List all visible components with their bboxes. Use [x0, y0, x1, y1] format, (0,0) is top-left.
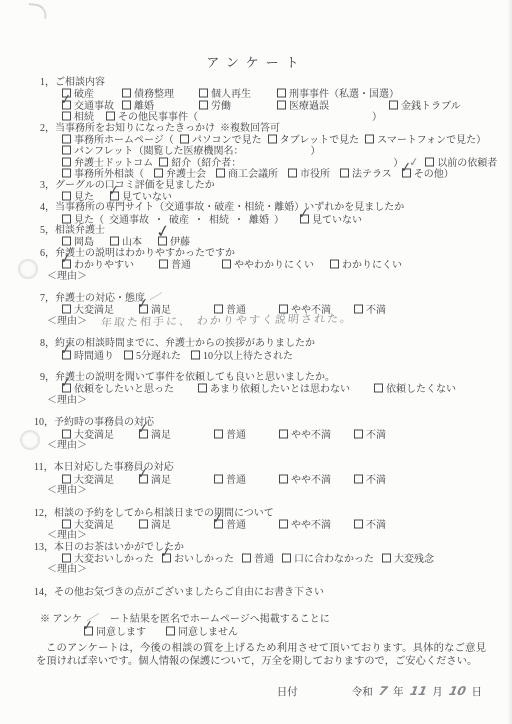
- checkbox-label: 破産: [74, 89, 94, 100]
- checkbox-option: スマートフォンで見た）: [365, 134, 486, 146]
- checkbox-option: 普通: [242, 553, 274, 565]
- handwritten-month: 11: [407, 684, 429, 698]
- checkbox-option: ややわかりにくい: [222, 259, 330, 271]
- static-text: 9，弁護士の説明を聞いて事件を依頼しても良いと思いましたか。: [40, 372, 335, 383]
- checkbox-icon: [282, 554, 291, 563]
- checkbox-icon: [382, 554, 391, 563]
- checkbox-icon: [354, 305, 363, 314]
- handwritten-slash-mark: ／: [149, 291, 152, 302]
- static-text: ＜理由＞: [47, 530, 87, 541]
- q1-options-row3: 相続その他民事事件（）: [0, 111, 512, 122]
- checkbox-icon: [62, 169, 71, 178]
- checkbox-label: 見た（ 交通事故 ・ 破産 ・ 相続 ・ 離婚 ）: [74, 215, 284, 226]
- form-lines: 1，ご相談内容破産債務整理個人再生刑事事件（私選・国選）交通事故✓離婚労働医療過…: [0, 77, 512, 637]
- handwritten-year: 7: [376, 684, 390, 698]
- checkbox-icon: [62, 134, 71, 143]
- checkbox-label: 法テラス: [352, 169, 392, 180]
- checkbox-option: 依頼をしたいと思った✓: [62, 383, 174, 395]
- checkbox-label: 弁護士会: [166, 169, 206, 180]
- checkbox-label: おいしかった: [174, 554, 234, 565]
- checkbox-label: 満足: [151, 520, 171, 531]
- checkbox-option: 満足✓: [139, 474, 214, 486]
- checkbox-option: 大変満足: [62, 519, 139, 531]
- static-text: 3，グーグルの口コミ評価を見ましたか: [40, 180, 215, 191]
- checkbox-label: 事務所外相談（: [74, 169, 144, 180]
- checkbox-option: 同意しません: [166, 626, 238, 638]
- checkbox-label: 債務整理: [134, 89, 174, 100]
- static-text: ）: [372, 112, 382, 123]
- q12-reason: ＜理由＞: [0, 530, 512, 541]
- question-14: 14，その他お気づきの点がございましたらご自由にお書き下さい: [0, 587, 512, 598]
- checkbox-icon: [425, 157, 434, 166]
- q2-options-row1: 事務所ホームページ（パソコンで見たタブレットで見たスマートフォンで見た）: [0, 134, 512, 145]
- checkbox-option: 岡島: [62, 236, 94, 248]
- checkbox-label: 金銭トラブル: [401, 101, 461, 112]
- checkbox-label: 見た: [74, 192, 94, 203]
- static-text: 2，当事務所をお知りになったきっかけ ※複数回答可: [40, 123, 280, 134]
- checkbox-icon: [268, 134, 277, 143]
- checkbox-option: 伊藤✓: [158, 236, 190, 248]
- checkbox-label: やや不満: [291, 475, 331, 486]
- static-text: ＜理由＞: [47, 564, 87, 575]
- static-text: ＜理由＞: [47, 395, 87, 406]
- q11-reason: ＜理由＞: [0, 485, 512, 496]
- checkbox-label: 普通: [226, 430, 246, 441]
- checkbox-label: あまり依頼したいとは思わない: [210, 384, 350, 395]
- q9-reason: ＜理由＞: [0, 395, 512, 406]
- checkmark-icon: ✓: [159, 545, 172, 560]
- checkbox-icon: [354, 474, 363, 483]
- q10-options: 大変満足満足✓普通やや不満不満: [0, 429, 512, 440]
- q1-options-row1: 破産債務整理個人再生刑事事件（私選・国選）: [0, 88, 512, 99]
- checkbox-option: あまり依頼したいとは思わない: [198, 383, 350, 395]
- checkbox-icon: [288, 169, 297, 178]
- checkbox-icon: [222, 260, 231, 269]
- static-text: 8，約束の相談時間までに、弁護士からの挨拶がありましたか: [40, 338, 315, 349]
- checkbox-icon: [159, 260, 168, 269]
- static-text: ＜理由＞: [47, 271, 87, 282]
- static-text: 12，相談の予約をしてから相談日までの期間について: [34, 508, 274, 519]
- question-10: 10，予約時の事務員の対応: [0, 417, 512, 428]
- checkbox-option: 相続: [62, 111, 94, 123]
- checkbox-icon: [374, 384, 383, 393]
- checkbox-icon: [180, 134, 189, 143]
- checkbox-option: 見た（ 交通事故 ・ 破産 ・ 相続 ・ 離婚 ）: [62, 214, 284, 226]
- checkbox-label: 10分以上待たされた: [203, 351, 293, 362]
- q11-options: 大変満足満足✓普通やや不満不満: [0, 474, 512, 485]
- publish-consent-note: ※ アンケ／ート結果を匿名でホームページへ掲載することに: [0, 614, 512, 625]
- checkbox-label: 大変おいしかった: [74, 554, 154, 565]
- static-text: ）: [311, 146, 321, 157]
- checkbox-option: 同意します✓: [84, 626, 146, 638]
- q12-options: 大変満足満足普通✓やや不満不満: [0, 519, 512, 530]
- handwritten-day: 10: [446, 684, 468, 698]
- checkbox-icon: [198, 384, 207, 393]
- checkbox-icon: [330, 260, 339, 269]
- checkbox-option: おいしかった✓: [162, 553, 234, 565]
- checkbox-icon: [214, 429, 223, 438]
- checkbox-label: 大変残念: [394, 554, 434, 565]
- checkbox-label: 事務所ホームページ（: [74, 135, 174, 146]
- q3-options: 見た見ていない✓: [0, 191, 512, 202]
- q4-options: 見た（ 交通事故 ・ 破産 ・ 相続 ・ 離婚 ）見ていない✓: [0, 214, 512, 225]
- checkbox-label: 相続: [74, 112, 94, 123]
- checkmark-icon: ✓: [211, 511, 224, 526]
- checkbox-icon: [154, 169, 163, 178]
- checkbox-option: 市役所: [288, 168, 330, 180]
- checkbox-label: 満足: [151, 475, 171, 486]
- checkbox-option: 大変満足: [62, 304, 139, 316]
- checkbox-option: 普通: [214, 474, 279, 486]
- checkbox-icon: [159, 157, 168, 166]
- month-label: 月: [432, 684, 443, 699]
- checkbox-option: 見た: [62, 191, 94, 203]
- checkbox-option: やや不満: [279, 429, 354, 441]
- question-5: 5，相談弁護士: [0, 225, 512, 236]
- checkbox-label: わかりにくい: [342, 260, 402, 271]
- static-text: ＜理由＞: [47, 440, 87, 451]
- checkbox-icon: [199, 100, 208, 109]
- checkbox-option: 不満: [354, 474, 512, 486]
- q2-options-row2: パンフレット（閲覧した医療機関名：）: [0, 145, 512, 156]
- checkbox-option: その他）✓: [402, 168, 454, 180]
- checkbox-label: ややわかりにくい: [234, 260, 314, 271]
- checkbox-option: 満足: [139, 519, 214, 531]
- checkbox-option: 労働: [199, 100, 277, 112]
- question-11: 11，本日対応した事務員の対応: [0, 462, 512, 473]
- checkbox-option: やや不満: [279, 519, 354, 531]
- question-4: 4，当事務所の専門サイト（交通事故・破産・相続・離婚）いずれかを見ましたか: [0, 202, 512, 213]
- checkbox-label: 弁護士ドットコム: [74, 158, 153, 169]
- static-text: ＜理由＞: [47, 316, 87, 327]
- checkbox-label: 大変満足: [74, 430, 114, 441]
- checkbox-icon: [124, 350, 133, 359]
- static-text: ※ アンケ: [40, 614, 82, 625]
- checkbox-icon: [62, 429, 71, 438]
- checkbox-label: 伊藤: [170, 237, 190, 248]
- checkbox-icon: [62, 157, 71, 166]
- checkbox-option: 大変満足: [62, 474, 139, 486]
- checkbox-option: 満足✓: [139, 429, 214, 441]
- q6-options: わかりやすい✓普通ややわかりにくいわかりにくい: [0, 259, 512, 270]
- checkbox-label: 時間通り: [74, 351, 114, 362]
- checkbox-label: やや不満: [291, 520, 331, 531]
- checkbox-option: 普通: [159, 259, 222, 271]
- q13-options: 大変おいしかったおいしかった✓普通口に合わなかった大変残念: [0, 553, 512, 564]
- footer-note: このアンケートは，今後の相談の質を上げるため利用させて頂いております。具体的なご…: [0, 643, 512, 668]
- checkbox-label: 市役所: [300, 169, 330, 180]
- checkbox-label: 同意しません: [178, 627, 238, 638]
- checkbox-label: 不満: [366, 475, 386, 486]
- checkbox-option: 法テラス: [340, 168, 392, 180]
- question-1: 1，ご相談内容: [0, 77, 512, 88]
- q1-options-row2: 交通事故✓離婚労働医療過誤金銭トラブル: [0, 100, 512, 111]
- checkbox-label: 大変満足: [74, 305, 114, 316]
- checkbox-label: 医療過誤: [289, 101, 329, 112]
- checkbox-label: 不満: [366, 305, 386, 316]
- checkbox-label: 労働: [211, 101, 231, 112]
- checkbox-label: 岡島: [74, 237, 94, 248]
- checkbox-label: その他）: [414, 169, 454, 180]
- checkbox-option: やや不満: [279, 474, 354, 486]
- q7-reason: ＜理由＞年取た相手に、 わかりやすく説明された。: [0, 316, 512, 327]
- checkbox-label: 普通: [226, 520, 246, 531]
- checkbox-icon: [166, 626, 175, 635]
- checkbox-label: 口に合わなかった: [294, 554, 374, 565]
- static-text: 4，当事務所の専門サイト（交通事故・破産・相続・離婚）いずれかを見ましたか: [40, 202, 404, 213]
- q2-options-row3: 弁護士ドットコム紹介（紹介者：）✓以前の依頼者: [0, 157, 512, 168]
- checkmark-icon: ✓: [81, 618, 94, 633]
- checkbox-option: 大変満足: [62, 429, 139, 441]
- question-2: 2，当事務所をお知りになったきっかけ ※複数回答可: [0, 123, 512, 134]
- checkbox-label: パンフレット（閲覧した医療機関名：: [74, 146, 244, 157]
- checkbox-icon: [365, 134, 374, 143]
- checkmark-icon: ✓: [136, 297, 149, 312]
- checkmark-icon: ✓: [136, 421, 149, 436]
- checkbox-option: 事務所外相談（: [62, 168, 144, 180]
- static-text: 11，本日対応した事務員の対応: [34, 462, 174, 473]
- era-label: 令和: [352, 684, 373, 699]
- checkbox-label: 依頼をしたいと思った: [74, 384, 174, 395]
- checkbox-option: 口に合わなかった: [282, 553, 374, 565]
- checkbox-icon: [214, 305, 223, 314]
- checkbox-option: 山本: [110, 236, 142, 248]
- checkmark-icon: ✓: [107, 183, 120, 198]
- checkbox-icon: [354, 519, 363, 528]
- checkbox-label: スマートフォンで見た）: [377, 135, 486, 146]
- checkbox-icon: [106, 112, 115, 121]
- question-6: 6，弁護士の説明はわかりやすかったですか: [0, 248, 512, 259]
- date-label: 日付: [277, 684, 298, 699]
- checkbox-option: 見ていない✓: [300, 214, 362, 226]
- checkmark-icon: ✓: [155, 224, 171, 240]
- question-13: 13，本日のお茶はいかがでしたか: [0, 542, 512, 553]
- checkbox-option: 見ていない✓: [110, 191, 172, 203]
- checkbox-icon: [279, 474, 288, 483]
- checkbox-icon: [354, 429, 363, 438]
- q13-reason: ＜理由＞: [0, 564, 512, 575]
- checkmark-icon: ✓: [59, 252, 72, 267]
- checkbox-icon: [279, 519, 288, 528]
- consent-options: 同意します✓同意しません: [0, 626, 512, 637]
- checkmark-icon: ✓: [59, 92, 72, 107]
- checkbox-label: 5分遅れた: [136, 351, 181, 362]
- checkbox-option: 5分遅れた: [124, 350, 181, 362]
- day-label: 日: [472, 684, 483, 699]
- checkbox-option: その他民事事件（: [106, 111, 198, 123]
- checkbox-option: 普通: [214, 429, 279, 441]
- checkbox-label: パソコンで見た: [192, 135, 262, 146]
- static-text: 14，その他お気づきの点がございましたらご自由にお書き下さい: [34, 587, 324, 598]
- checkbox-label: 不満: [366, 430, 386, 441]
- checkbox-icon: [216, 169, 225, 178]
- checkbox-icon: [277, 89, 286, 98]
- checkbox-label: 山本: [122, 237, 142, 248]
- checkbox-icon: [389, 100, 398, 109]
- question-12: 12，相談の予約をしてから相談日までの期間について: [0, 508, 512, 519]
- checkbox-icon: [62, 214, 71, 223]
- checkbox-icon: [62, 112, 71, 121]
- q8-options: 時間通り✓5分遅れた10分以上待たされた: [0, 350, 512, 361]
- checkbox-label: 刑事事件（私選・国選）: [289, 89, 399, 100]
- checkbox-label: 不満: [366, 520, 386, 531]
- checkbox-option: 不満: [354, 304, 512, 316]
- year-label: 年: [393, 684, 404, 699]
- question-8: 8，約束の相談時間までに、弁護士からの挨拶がありましたか: [0, 338, 512, 349]
- checkbox-label: 商工会議所: [228, 169, 278, 180]
- checkbox-icon: [340, 169, 349, 178]
- static-text: ＜理由＞: [47, 485, 87, 496]
- questionnaire-form: アンケート 1，ご相談内容破産債務整理個人再生刑事事件（私選・国選）交通事故✓離…: [0, 0, 512, 724]
- checkbox-label: わかりやすい: [74, 260, 134, 271]
- checkbox-option: 金銭トラブル: [389, 100, 512, 112]
- checkbox-label: 満足: [151, 430, 171, 441]
- checkbox-label: 紹介（紹介者：: [171, 158, 241, 169]
- questionnaire-page: アンケート 1，ご相談内容破産債務整理個人再生刑事事件（私選・国選）交通事故✓離…: [0, 0, 512, 724]
- checkbox-icon: [122, 89, 131, 98]
- checkbox-label: 普通: [254, 554, 274, 565]
- checkbox-label: 交通事故: [74, 101, 114, 112]
- checkmark-icon: ✓: [59, 376, 72, 391]
- checkbox-option: 不満: [354, 519, 512, 531]
- checkbox-icon: [62, 305, 71, 314]
- checkbox-label: その他民事事件（: [118, 112, 198, 123]
- checkbox-icon: [199, 89, 208, 98]
- checkbox-option: 医療過誤: [277, 100, 389, 112]
- checkmark-icon: ✓: [297, 206, 310, 221]
- checkbox-label: 離婚: [134, 101, 154, 112]
- checkbox-icon: [139, 519, 148, 528]
- checkbox-icon: [110, 237, 119, 246]
- date-line: 日付 令和 7 年 11 月 10 日: [0, 684, 512, 699]
- checkbox-icon: [62, 237, 71, 246]
- checkbox-icon: [191, 350, 200, 359]
- checkbox-label: 満足: [151, 305, 171, 316]
- checkbox-label: 普通: [171, 260, 191, 271]
- checkbox-icon: [62, 191, 71, 200]
- checkbox-option: 不満: [354, 429, 512, 441]
- checkbox-option: 10分以上待たされた: [191, 350, 293, 362]
- checkbox-option: 大変おいしかった: [62, 553, 154, 565]
- handwritten-note: 年取た相手に、 わかりやすく説明された。: [100, 314, 353, 330]
- checkbox-label: 個人再生: [211, 89, 251, 100]
- checkbox-icon: [122, 100, 131, 109]
- question-9: 9，弁護士の説明を聞いて事件を依頼しても良いと思いましたか。: [0, 372, 512, 383]
- checkbox-label: 見ていない: [122, 192, 172, 203]
- checkbox-icon: [214, 474, 223, 483]
- checkbox-option: 普通✓: [214, 519, 279, 531]
- checkbox-label: やや不満: [291, 430, 331, 441]
- checkmark-icon: ✓: [399, 161, 412, 176]
- checkbox-label: 以前の依頼者: [437, 158, 497, 169]
- checkbox-option: タブレットで見た: [268, 134, 360, 146]
- checkbox-option: 弁護士会: [154, 168, 206, 180]
- checkbox-icon: [62, 474, 71, 483]
- checkbox-label: 大変満足: [74, 475, 114, 486]
- question-7: 7，弁護士の対応・態度／: [0, 293, 512, 304]
- static-text: 5，相談弁護士: [40, 225, 105, 236]
- checkmark-icon: ✓: [136, 466, 149, 481]
- checkbox-option: 依頼したくない: [374, 383, 456, 395]
- static-text: ート結果を匿名でホームページへ掲載することに: [110, 614, 330, 625]
- checkbox-label: 同意します: [96, 627, 146, 638]
- q10-reason: ＜理由＞: [0, 440, 512, 451]
- static-text: 7，弁護士の対応・態度: [40, 293, 145, 304]
- q6-reason: ＜理由＞: [0, 271, 512, 282]
- checkbox-label: 大変満足: [74, 520, 114, 531]
- checkmark-icon: ✓: [59, 342, 72, 357]
- checkbox-option: 商工会議所: [216, 168, 278, 180]
- checkbox-label: 普通: [226, 475, 246, 486]
- checkbox-option: わかりやすい✓: [62, 259, 159, 271]
- checkbox-label: 依頼したくない: [386, 384, 456, 395]
- checkbox-icon: [279, 305, 288, 314]
- checkbox-option: 大変残念: [382, 553, 434, 565]
- checkbox-icon: [62, 554, 71, 563]
- static-text: 1，ご相談内容: [40, 77, 105, 88]
- page-title: アンケート: [0, 52, 512, 71]
- checkbox-icon: [242, 554, 251, 563]
- checkbox-icon: [277, 100, 286, 109]
- checkbox-icon: [62, 146, 71, 155]
- q5-options: 岡島山本伊藤✓: [0, 236, 512, 247]
- checkbox-icon: [279, 429, 288, 438]
- question-3: 3，グーグルの口コミ評価を見ましたか: [0, 180, 512, 191]
- checkbox-label: 見ていない: [312, 215, 362, 226]
- q9-options: 依頼をしたいと思った✓あまり依頼したいとは思わない依頼したくない: [0, 383, 512, 394]
- checkbox-icon: [62, 519, 71, 528]
- checkbox-label: タブレットで見た: [280, 135, 360, 146]
- checkbox-option: 時間通り✓: [62, 350, 114, 362]
- checkbox-option: わかりにくい: [330, 259, 512, 271]
- q2-options-row4: 事務所外相談（弁護士会商工会議所市役所法テラスその他）✓: [0, 168, 512, 179]
